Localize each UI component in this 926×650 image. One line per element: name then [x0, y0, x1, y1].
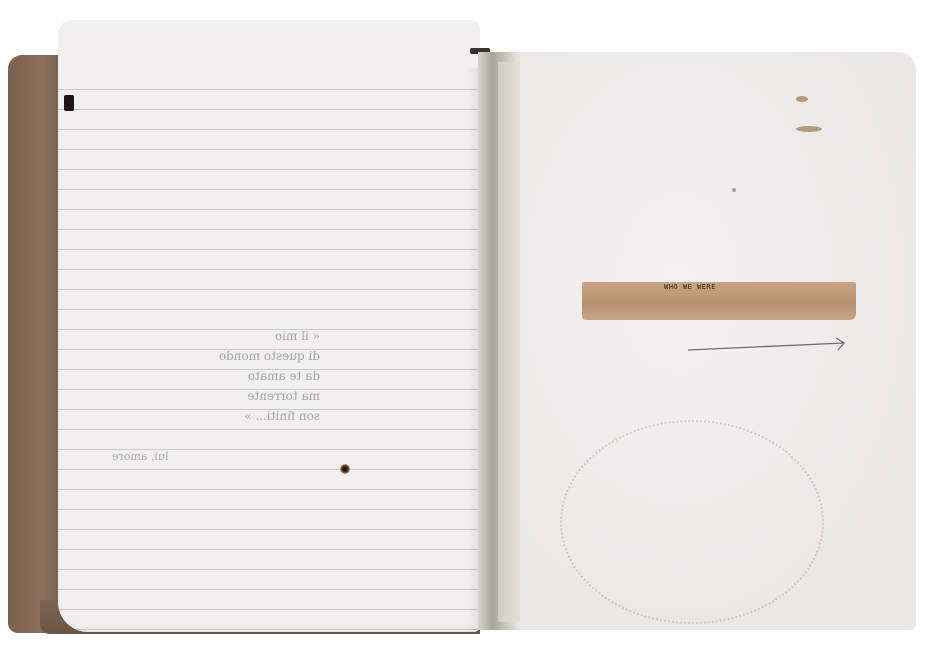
handwriting-line: da te amato — [180, 366, 320, 386]
stain — [732, 188, 736, 192]
signature: lui, amore — [112, 450, 169, 463]
handwriting-line: di questo mondo — [180, 346, 320, 366]
stain — [796, 126, 822, 132]
stain — [796, 96, 808, 102]
handwriting-line: son finiti... » — [180, 406, 320, 426]
label-strip — [582, 282, 856, 320]
handwriting-line: ma torrente — [180, 386, 320, 406]
burn-mark — [340, 464, 350, 474]
handwriting: « il mio di questo mondo da te amato ma … — [180, 326, 320, 426]
coffee-ring — [560, 420, 824, 624]
label-strip-text: who we were — [664, 283, 716, 291]
arrow-icon — [686, 336, 850, 356]
handwriting-line: « il mio — [180, 326, 320, 346]
binder-clip — [64, 95, 74, 111]
